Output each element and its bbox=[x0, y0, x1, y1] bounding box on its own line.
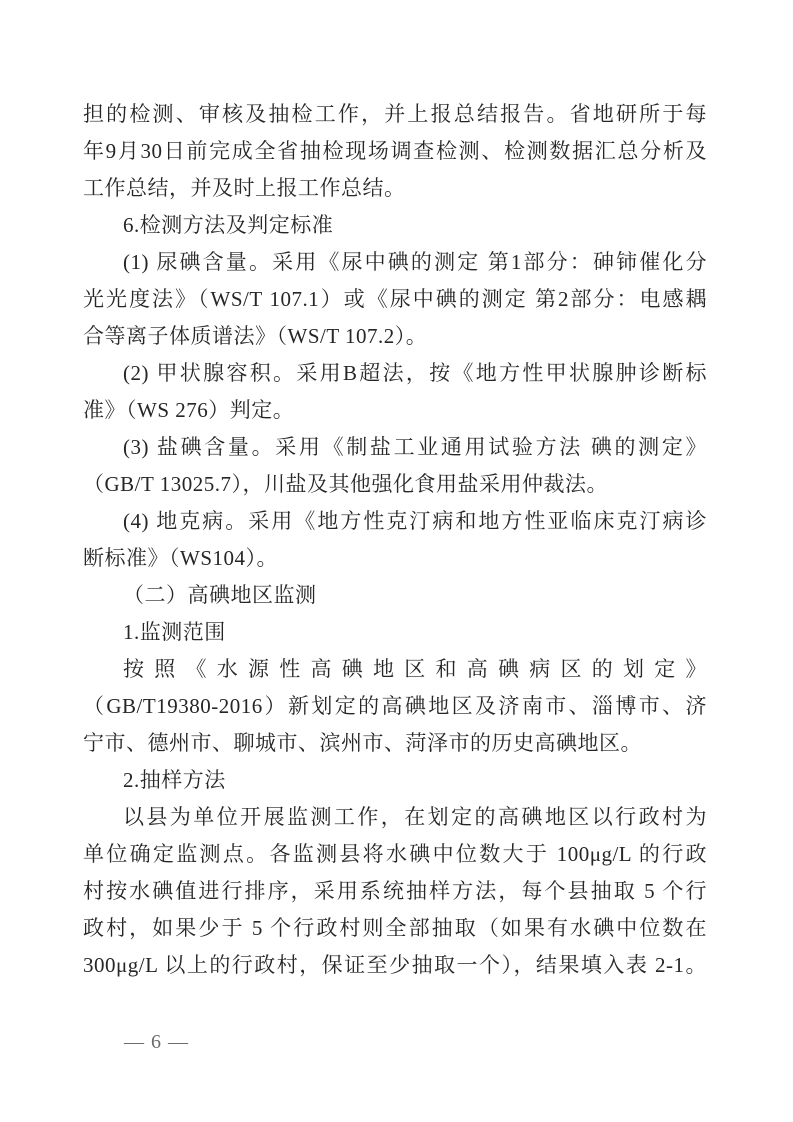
document-body: 担的检测、审核及抽检工作，并上报总结报告。省地研所于每 年9月30日前完成全省抽… bbox=[83, 96, 707, 984]
text-line: 村按水碘值进行排序，采用系统抽样方法，每个县抽取 5 个行 bbox=[83, 873, 707, 910]
text-line: 政村，如果少于 5 个行政村则全部抽取（如果有水碘中位数在 bbox=[83, 910, 707, 947]
text-line: (2) 甲状腺容积。采用B超法，按《地方性甲状腺肿诊断标 bbox=[83, 355, 707, 392]
text-line: 断标准》（WS104）。 bbox=[83, 540, 707, 577]
section-heading: （二）高碘地区监测 bbox=[83, 577, 707, 614]
text-line: 单位确定监测点。各监测县将水碘中位数大于 100μg/L 的行政 bbox=[83, 836, 707, 873]
text-line: 工作总结，并及时上报工作总结。 bbox=[83, 170, 707, 207]
text-line: 年9月30日前完成全省抽检现场调查检测、检测数据汇总分析及 bbox=[83, 133, 707, 170]
text-line: 准》（WS 276）判定。 bbox=[83, 392, 707, 429]
text-line: 按照《水源性高碘地区和高碘病区的划定》 bbox=[83, 651, 707, 688]
text-line: （GB/T19380-2016）新划定的高碘地区及济南市、淄博市、济 bbox=[83, 688, 707, 725]
text-line: (4) 地克病。采用《地方性克汀病和地方性亚临床克汀病诊 bbox=[83, 503, 707, 540]
text-line: 宁市、德州市、聊城市、滨州市、菏泽市的历史高碘地区。 bbox=[83, 725, 707, 762]
section-heading: 1.监测范围 bbox=[83, 614, 707, 651]
section-heading: 6.检测方法及判定标准 bbox=[83, 207, 707, 244]
text-line: (3) 盐碘含量。采用《制盐工业通用试验方法 碘的测定》 bbox=[83, 429, 707, 466]
text-line: 合等离子体质谱法》（WS/T 107.2）。 bbox=[83, 318, 707, 355]
text-line: (1) 尿碘含量。采用《尿中碘的测定 第1部分：砷铈催化分 bbox=[83, 244, 707, 281]
text-line: 光光度法》（WS/T 107.1）或《尿中碘的测定 第2部分：电感耦 bbox=[83, 281, 707, 318]
text-line: （GB/T 13025.7），川盐及其他强化食用盐采用仲裁法。 bbox=[83, 466, 707, 503]
section-heading: 2.抽样方法 bbox=[83, 762, 707, 799]
document-page: 担的检测、审核及抽检工作，并上报总结报告。省地研所于每 年9月30日前完成全省抽… bbox=[0, 0, 793, 1122]
text-line: 以县为单位开展监测工作，在划定的高碘地区以行政村为 bbox=[83, 799, 707, 836]
text-line: 担的检测、审核及抽检工作，并上报总结报告。省地研所于每 bbox=[83, 96, 707, 133]
page-number: — 6 — bbox=[124, 1030, 189, 1054]
text-line: 300μg/L 以上的行政村，保证至少抽取一个），结果填入表 2-1。 bbox=[83, 947, 707, 984]
